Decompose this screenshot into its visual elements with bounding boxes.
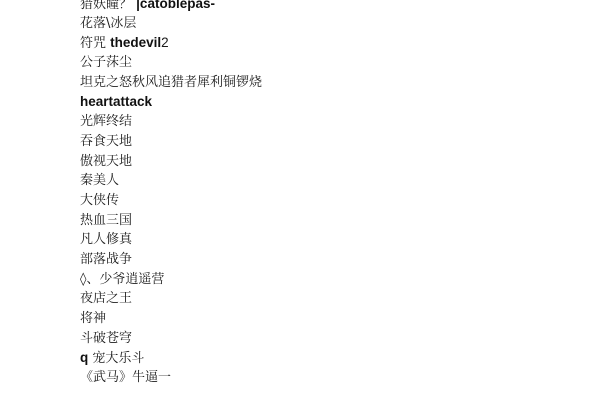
line-text-cn: 秦美人 (80, 173, 119, 188)
line-text-cn: 符咒 (80, 36, 106, 51)
text-line: 花落\冰层 (80, 14, 580, 34)
text-line: 傲视天地 (80, 152, 580, 172)
line-text-cn: 傲视天地 (80, 154, 132, 169)
line-text-cn: 坦克之怒秋风追猎者犀利铜锣烧 (80, 75, 262, 90)
line-text-cn: 花落\冰层 (80, 16, 136, 31)
line-text-en-tail: 2 (161, 35, 169, 50)
text-line: 符咒 thedevil2 (80, 33, 580, 53)
text-line: 将神 (80, 309, 580, 329)
line-text-cn: ◊、少爷逍遥营 (80, 272, 164, 287)
line-text-cn: 部落战争 (80, 252, 132, 267)
line-text-cn: 夜店之王 (80, 291, 132, 306)
text-line: 坦克之怒秋风追猎者犀利铜锣烧 (80, 73, 580, 93)
line-text-cn: 热血三国 (80, 213, 132, 228)
line-text-en: heartattack (80, 94, 152, 109)
line-text-cn: 将神 (80, 311, 106, 326)
line-text-cn: 吞食天地 (80, 134, 132, 149)
line-text-en: q (80, 350, 88, 365)
line-text-en: |catoblepas- (136, 0, 215, 11)
line-text-cn: 猎妖瞳？ (80, 0, 132, 12)
text-line: 夜店之王 (80, 289, 580, 309)
text-line: heartattack (80, 92, 580, 112)
text-line: 光辉终结 (80, 112, 580, 132)
line-text-cn: 宠大乐斗 (92, 351, 144, 366)
line-text-cn: 《武马》牛逼一 (80, 370, 171, 385)
text-line: 热血三国 (80, 211, 580, 231)
text-line: 凡人修真 (80, 230, 580, 250)
text-line: 吞食天地 (80, 132, 580, 152)
line-text-cn: 斗破苍穹 (80, 331, 132, 346)
line-text-cn: 公子莯尘 (80, 55, 132, 70)
text-line: 秦美人 (80, 171, 580, 191)
line-text-cn: 光辉终结 (80, 114, 132, 129)
text-line: 猎妖瞳？ |catoblepas- (80, 0, 580, 14)
text-line: q 宠大乐斗 (80, 348, 580, 368)
text-line: 公子莯尘 (80, 53, 580, 73)
text-line: 《武马》牛逼一 (80, 368, 580, 388)
line-text-cn: 凡人修真 (80, 232, 132, 247)
text-line: 斗破苍穹 (80, 329, 580, 349)
text-line: 部落战争 (80, 250, 580, 270)
document-body: 猎妖瞳？ |catoblepas- 花落\冰层 符咒 thedevil2 公子莯… (80, 0, 580, 388)
text-line: 大侠传 (80, 191, 580, 211)
text-line: ◊、少爷逍遥营 (80, 270, 580, 290)
line-text-en: thedevil (110, 35, 161, 50)
line-text-cn: 大侠传 (80, 193, 119, 208)
